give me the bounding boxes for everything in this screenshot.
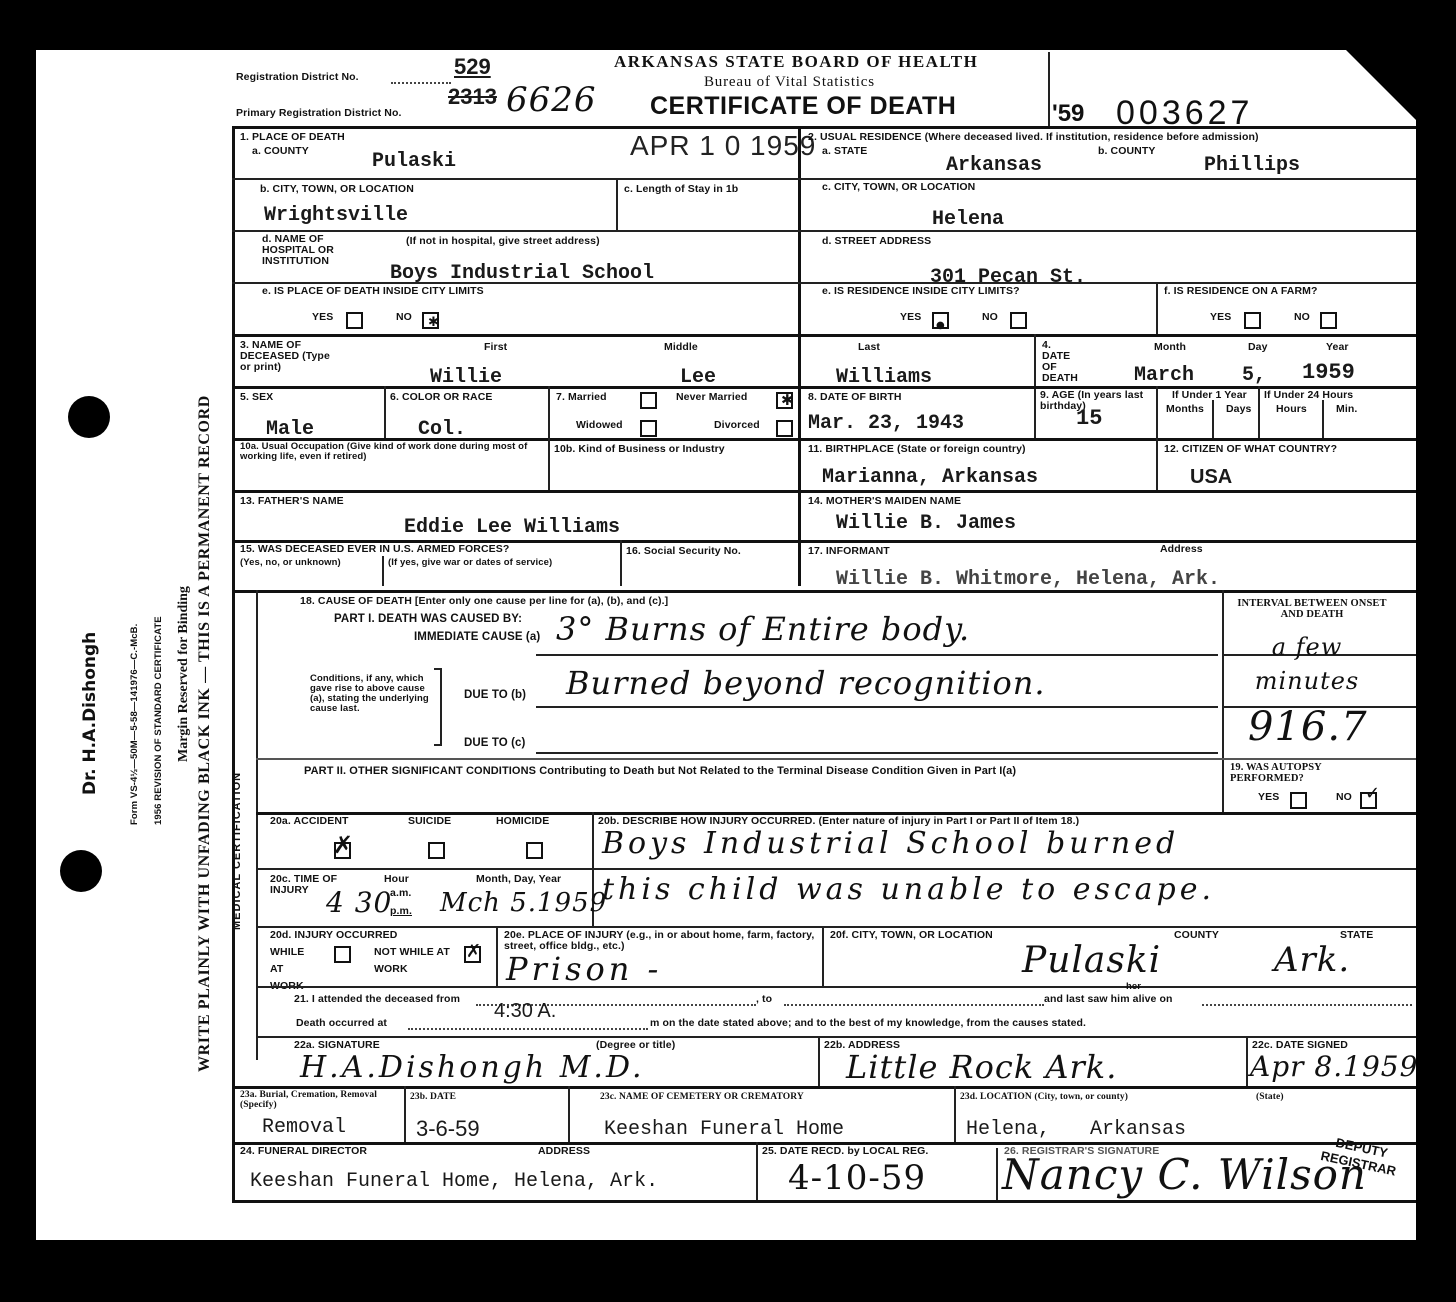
age-value: 15 xyxy=(1076,406,1102,431)
death-day-label: Day xyxy=(1248,342,1268,353)
res-yes-label: YES xyxy=(900,312,921,323)
punch-hole-bottom xyxy=(60,850,102,892)
registration-district-label: Registration District No. xyxy=(236,72,359,83)
cause-of-death-label: 18. CAUSE OF DEATH [Enter only one cause… xyxy=(300,596,668,607)
citizen-value: USA xyxy=(1190,466,1232,489)
farm-yes-label: YES xyxy=(1210,312,1231,323)
col-divider xyxy=(1156,438,1158,490)
pod-inside-city-label: e. IS PLACE OF DEATH INSIDE CITY LIMITS xyxy=(262,286,484,297)
conditions-note: Conditions, if any, which gave rise to a… xyxy=(310,674,430,714)
form-left-border xyxy=(232,126,235,1200)
business-label: 10b. Kind of Business or Industry xyxy=(554,444,725,455)
form-top-border xyxy=(232,126,1416,129)
last-saw-label: and last saw him alive on xyxy=(1044,994,1173,1005)
place-of-injury-value: Prison - xyxy=(506,950,662,988)
describe-injury-line-1: Boys Industrial School burned xyxy=(602,826,1179,861)
death-occurred-suffix: m on the date stated above; and to the b… xyxy=(650,1018,1086,1029)
cause-c-line xyxy=(536,752,1218,754)
burial-value: Removal xyxy=(262,1116,346,1139)
col-divider xyxy=(822,926,824,986)
pm-label: p.m. xyxy=(390,906,412,917)
res-inside-city-label: e. IS RESIDENCE INSIDE CITY LIMITS? xyxy=(822,286,1020,297)
x-mark-icon: ✗ xyxy=(466,942,481,962)
check-mark-icon: ✓ xyxy=(1365,784,1380,804)
primary-registration-district-label: Primary Registration District No. xyxy=(236,108,402,119)
homicide-checkbox[interactable] xyxy=(526,842,543,859)
cause-a-line xyxy=(536,654,1218,656)
father-label: 13. FATHER'S NAME xyxy=(240,496,344,507)
permanent-record-instruction: WRITE PLAINLY WITH UNFADING BLACK INK — … xyxy=(196,395,214,1072)
armed-forces-label: 15. WAS DECEASED EVER IN U.S. ARMED FORC… xyxy=(240,544,509,555)
row-divider xyxy=(256,868,1416,870)
injury-state-value: Ark. xyxy=(1274,940,1350,980)
injury-date-value: Mch 5.1959 xyxy=(440,888,607,918)
col-divider xyxy=(756,1142,758,1200)
accident-label: 20a. ACCIDENT xyxy=(270,816,349,827)
death-month-label: Month xyxy=(1154,342,1186,353)
res-inside-city-no-checkbox[interactable] xyxy=(1010,312,1027,329)
registration-district-dotline xyxy=(391,82,451,84)
birthplace-label: 11. BIRTHPLACE (State or foreign country… xyxy=(808,444,1026,455)
row-divider xyxy=(232,282,1416,284)
part-1-label: PART I. DEATH WAS CAUSED BY: xyxy=(334,614,522,625)
never-married-checkbox[interactable]: ✱ xyxy=(776,392,793,409)
farm-no-label: NO xyxy=(1294,312,1310,323)
married-checkbox[interactable] xyxy=(640,392,657,409)
death-year-value: 1959 xyxy=(1302,360,1355,385)
interval-value: a few minutes xyxy=(1232,630,1382,698)
funeral-address-label: ADDRESS xyxy=(538,1146,590,1157)
attended-to-line xyxy=(784,1004,1044,1006)
res-inside-city-yes-checkbox[interactable]: ● xyxy=(932,312,949,329)
registrar-signature: Nancy C. Wilson xyxy=(1002,1150,1367,1199)
informant-address-label: Address xyxy=(1160,544,1203,555)
check-mark-icon: ✱ xyxy=(428,313,439,333)
death-occurred-label: Death occurred at xyxy=(296,1018,387,1029)
res-county-label: b. COUNTY xyxy=(1098,146,1155,157)
pod-inside-city-no-checkbox[interactable]: ✱ xyxy=(422,312,439,329)
last-saw-line xyxy=(1202,1004,1412,1006)
disposition-location-label: 23d. LOCATION (City, town, or county) xyxy=(960,1092,1128,1102)
informant-label: 17. INFORMANT xyxy=(808,546,890,557)
disposition-date-value: 3-6-59 xyxy=(416,1116,480,1142)
autopsy-no-label: NO xyxy=(1336,792,1352,803)
col-divider xyxy=(620,540,622,586)
received-date-stamp: APR 1 0 1959 xyxy=(630,130,816,162)
deceased-name-label: 3. NAME OF DECEASED (Type or print) xyxy=(240,340,340,373)
primary-registration-district-value: 2313 xyxy=(448,84,497,110)
am-label: a.m. xyxy=(390,888,411,899)
divorced-label: Divorced xyxy=(714,420,760,431)
due-to-b-label: DUE TO (b) xyxy=(464,690,526,701)
while-at-work-checkbox[interactable] xyxy=(334,946,351,963)
cemetery-label: 23c. NAME OF CEMETERY OR CREMATORY xyxy=(600,1092,804,1102)
immediate-cause-value: 3° Burns of Entire body. xyxy=(556,610,970,648)
birthplace-value: Marianna, Arkansas xyxy=(822,466,1038,489)
row-divider xyxy=(256,1036,1416,1038)
cause-code: 916.7 xyxy=(1248,704,1368,750)
autopsy-yes-checkbox[interactable] xyxy=(1290,792,1307,809)
place-of-death-label: 1. PLACE OF DEATH xyxy=(240,132,345,143)
interval-divider xyxy=(1222,590,1224,812)
form-center-divider xyxy=(798,126,801,586)
pod-city-label: b. CITY, TOWN, OR LOCATION xyxy=(260,184,414,195)
bureau-name: Bureau of Vital Statistics xyxy=(704,74,875,91)
pod-inside-city-yes-checkbox[interactable] xyxy=(346,312,363,329)
first-name-label: First xyxy=(484,342,507,353)
year-prefix: '59 xyxy=(1052,100,1084,128)
injury-time-value: 4 30 xyxy=(326,886,392,919)
armed-forces-hint-2: (If yes, give war or dates of service) xyxy=(388,558,552,568)
res-city-label: c. CITY, TOWN, OR LOCATION xyxy=(822,182,975,193)
row-divider xyxy=(232,1086,1416,1089)
father-value: Eddie Lee Williams xyxy=(404,516,620,539)
under-24-hours-label: If Under 24 Hours xyxy=(1264,390,1353,401)
row-divider xyxy=(232,590,1416,593)
col-divider xyxy=(548,438,550,490)
mother-label: 14. MOTHER'S MAIDEN NAME xyxy=(808,496,961,507)
divorced-checkbox[interactable] xyxy=(776,420,793,437)
col-divider xyxy=(1156,282,1158,334)
physician-address-value: Little Rock Ark. xyxy=(846,1048,1117,1086)
check-mark-icon: ✱ xyxy=(781,390,794,410)
last-name-label: Last xyxy=(858,342,880,353)
row-divider xyxy=(232,178,1416,180)
registration-district-value: 529 xyxy=(454,54,491,80)
place-of-injury-label: 20e. PLACE OF INJURY (e.g., in or about … xyxy=(504,930,824,952)
certificate-title: CERTIFICATE OF DEATH xyxy=(650,92,956,121)
autopsy-yes-label: YES xyxy=(1258,792,1279,803)
institution-label: d. NAME OF HOSPITAL OR INSTITUTION xyxy=(262,234,352,267)
injury-city-label: 20f. CITY, TOWN, OR LOCATION xyxy=(830,930,993,941)
mother-value: Willie B. James xyxy=(836,512,1016,535)
col-divider xyxy=(496,926,498,986)
res-county-value: Phillips xyxy=(1204,154,1300,177)
col-divider xyxy=(1258,386,1260,438)
check-mark-icon: ● xyxy=(936,316,945,336)
pod-county-label: a. COUNTY xyxy=(252,146,309,157)
injury-county-label: COUNTY xyxy=(1174,930,1219,941)
col-divider xyxy=(1156,386,1158,438)
bracket-icon xyxy=(434,668,442,746)
month-day-year-label: Month, Day, Year xyxy=(476,874,561,885)
punch-hole-top xyxy=(68,396,110,438)
row-divider xyxy=(232,334,1416,337)
cause-b-line xyxy=(536,706,1218,708)
col-divider xyxy=(996,1148,998,1200)
autopsy-no-checkbox[interactable]: ✓ xyxy=(1360,792,1377,809)
res-farm-label: f. IS RESIDENCE ON A FARM? xyxy=(1164,286,1318,297)
homicide-label: HOMICIDE xyxy=(496,816,549,827)
race-label: 6. COLOR OR RACE xyxy=(390,392,493,403)
informant-value: Willie B. Whitmore, Helena, Ark. xyxy=(836,568,1220,591)
physician-name-margin: Dr. H.A.Dishongh xyxy=(80,632,100,795)
header-divider xyxy=(1048,52,1050,126)
res-no-label: NO xyxy=(982,312,998,323)
col-divider xyxy=(1212,400,1214,438)
disposition-date-label: 23b. DATE xyxy=(410,1092,456,1102)
date-signed-value: Apr 8.1959. xyxy=(1250,1050,1428,1083)
farm-no-checkbox[interactable] xyxy=(1320,312,1337,329)
row-divider xyxy=(232,230,1416,232)
min-label: Min. xyxy=(1336,404,1357,415)
dob-label: 8. DATE OF BIRTH xyxy=(808,392,902,403)
interval-label: INTERVAL BETWEEN ONSET AND DEATH xyxy=(1232,598,1392,620)
funeral-director-value: Keeshan Funeral Home, Helena, Ark. xyxy=(250,1170,658,1193)
hours-label: Hours xyxy=(1276,404,1307,415)
widowed-checkbox[interactable] xyxy=(640,420,657,437)
pod-city-value: Wrightsville xyxy=(264,204,408,227)
autopsy-label: 19. WAS AUTOPSY PERFORMED? xyxy=(1230,762,1370,784)
attended-label: 21. I attended the deceased from xyxy=(294,994,460,1005)
res-city-value: Helena xyxy=(932,208,1004,231)
burial-label: 23a. Burial, Cremation, Removal (Specify… xyxy=(240,1090,390,1110)
col-divider xyxy=(548,386,550,438)
death-month-value: March xyxy=(1134,364,1194,387)
date-of-death-label: 4. DATE OF DEATH xyxy=(1042,340,1082,384)
disposition-location-value: Helena, xyxy=(966,1118,1050,1141)
col-divider xyxy=(382,556,384,586)
immediate-cause-label: IMMEDIATE CAUSE (a) xyxy=(414,632,540,643)
farm-yes-checkbox[interactable] xyxy=(1244,312,1261,329)
res-state-label: a. STATE xyxy=(822,146,867,157)
death-certificate-page: Dr. H.A.Dishongh Form VS-4½—50M—5-58—141… xyxy=(36,50,1416,1240)
usual-residence-label: 2. USUAL RESIDENCE (Where deceased lived… xyxy=(808,132,1259,143)
medical-section-divider xyxy=(256,590,258,1060)
pod-county-value: Pulaski xyxy=(372,150,456,173)
part-2-label: PART II. OTHER SIGNIFICANT CONDITIONS Co… xyxy=(304,766,1016,777)
x-mark-icon: ✗ xyxy=(333,835,353,855)
never-married-label: Never Married xyxy=(676,392,747,403)
death-year-label: Year xyxy=(1326,342,1349,353)
revision-note: 1956 REVISION OF STANDARD CERTIFICATE xyxy=(154,616,164,825)
physician-signature: H.A.Dishongh M.D. xyxy=(300,1050,644,1085)
date-received-value: 4-10-59 xyxy=(788,1158,926,1198)
occupation-label: 10a. Usual Occupation (Give kind of work… xyxy=(240,442,560,462)
row-divider xyxy=(256,986,1416,988)
due-to-b-value: Burned beyond recognition. xyxy=(566,664,1046,702)
handwritten-district-number: 6626 xyxy=(506,80,597,120)
married-label: 7. Married xyxy=(556,392,607,403)
col-divider xyxy=(954,1086,956,1142)
institution-hint: (If not in hospital, give street address… xyxy=(406,236,600,247)
middle-name-label: Middle xyxy=(664,342,698,353)
form-number: Form VS-4½—50M—5-58—141976—C.-McB. xyxy=(130,624,140,825)
armed-forces-hint-1: (Yes, no, or unknown) xyxy=(240,558,341,568)
col-divider xyxy=(616,178,618,230)
form-bottom-border xyxy=(232,1200,1416,1203)
injury-county-value: Pulaski xyxy=(1022,940,1161,981)
pod-no-label: NO xyxy=(396,312,412,323)
suicide-checkbox[interactable] xyxy=(428,842,445,859)
days-label: Days xyxy=(1226,404,1252,415)
months-label: Months xyxy=(1166,404,1204,415)
widowed-label: Widowed xyxy=(576,420,623,431)
binding-note: Margin Reserved for Binding xyxy=(176,586,192,762)
agency-name: ARKANSAS STATE BOARD OF HEALTH xyxy=(614,52,978,72)
under-1-year-label: If Under 1 Year xyxy=(1172,390,1247,401)
date-received-label: 25. DATE RECD. by LOCAL REG. xyxy=(762,1146,928,1157)
disposition-state-label: (State) xyxy=(1256,1092,1284,1102)
row-divider xyxy=(232,490,1416,493)
res-state-value: Arkansas xyxy=(946,154,1042,177)
due-to-c-label: DUE TO (c) xyxy=(464,738,526,749)
funeral-director-label: 24. FUNERAL DIRECTOR xyxy=(240,1146,367,1157)
row-divider xyxy=(256,926,1416,928)
col-divider xyxy=(818,1036,820,1086)
ssn-label: 16. Social Security No. xyxy=(626,546,741,557)
cemetery-value: Keeshan Funeral Home xyxy=(604,1118,844,1141)
describe-injury-line-2: this child was unable to escape. xyxy=(602,872,1215,907)
injury-occurred-label: 20d. INJURY OCCURRED xyxy=(270,930,397,941)
her-label: her xyxy=(1126,982,1141,992)
res-street-label: d. STREET ADDRESS xyxy=(822,236,931,247)
hour-label: Hour xyxy=(384,874,409,885)
suicide-label: SUICIDE xyxy=(408,816,451,827)
death-day-value: 5, xyxy=(1242,364,1266,387)
death-time-value: 4:30 A. xyxy=(494,1000,556,1023)
col-divider xyxy=(404,1086,406,1142)
col-divider xyxy=(384,386,386,438)
length-of-stay-label: c. Length of Stay in 1b xyxy=(624,184,738,195)
pod-yes-label: YES xyxy=(312,312,333,323)
sex-label: 5. SEX xyxy=(240,392,273,403)
not-while-at-work-label: NOT WHILE AT WORK xyxy=(374,944,464,978)
col-divider xyxy=(1246,1036,1248,1086)
attended-to-label: , to xyxy=(756,994,772,1005)
row-divider xyxy=(256,758,1416,760)
col-divider xyxy=(568,1086,570,1142)
citizen-label: 12. CITIZEN OF WHAT COUNTRY? xyxy=(1164,444,1337,455)
dob-value: Mar. 23, 1943 xyxy=(808,412,964,435)
death-occurred-line xyxy=(408,1028,648,1030)
accident-checkbox[interactable]: ✗ xyxy=(334,842,351,859)
col-divider xyxy=(1322,400,1324,438)
disposition-state-value: Arkansas xyxy=(1090,1118,1186,1141)
not-while-at-work-checkbox[interactable]: ✗ xyxy=(464,946,481,963)
